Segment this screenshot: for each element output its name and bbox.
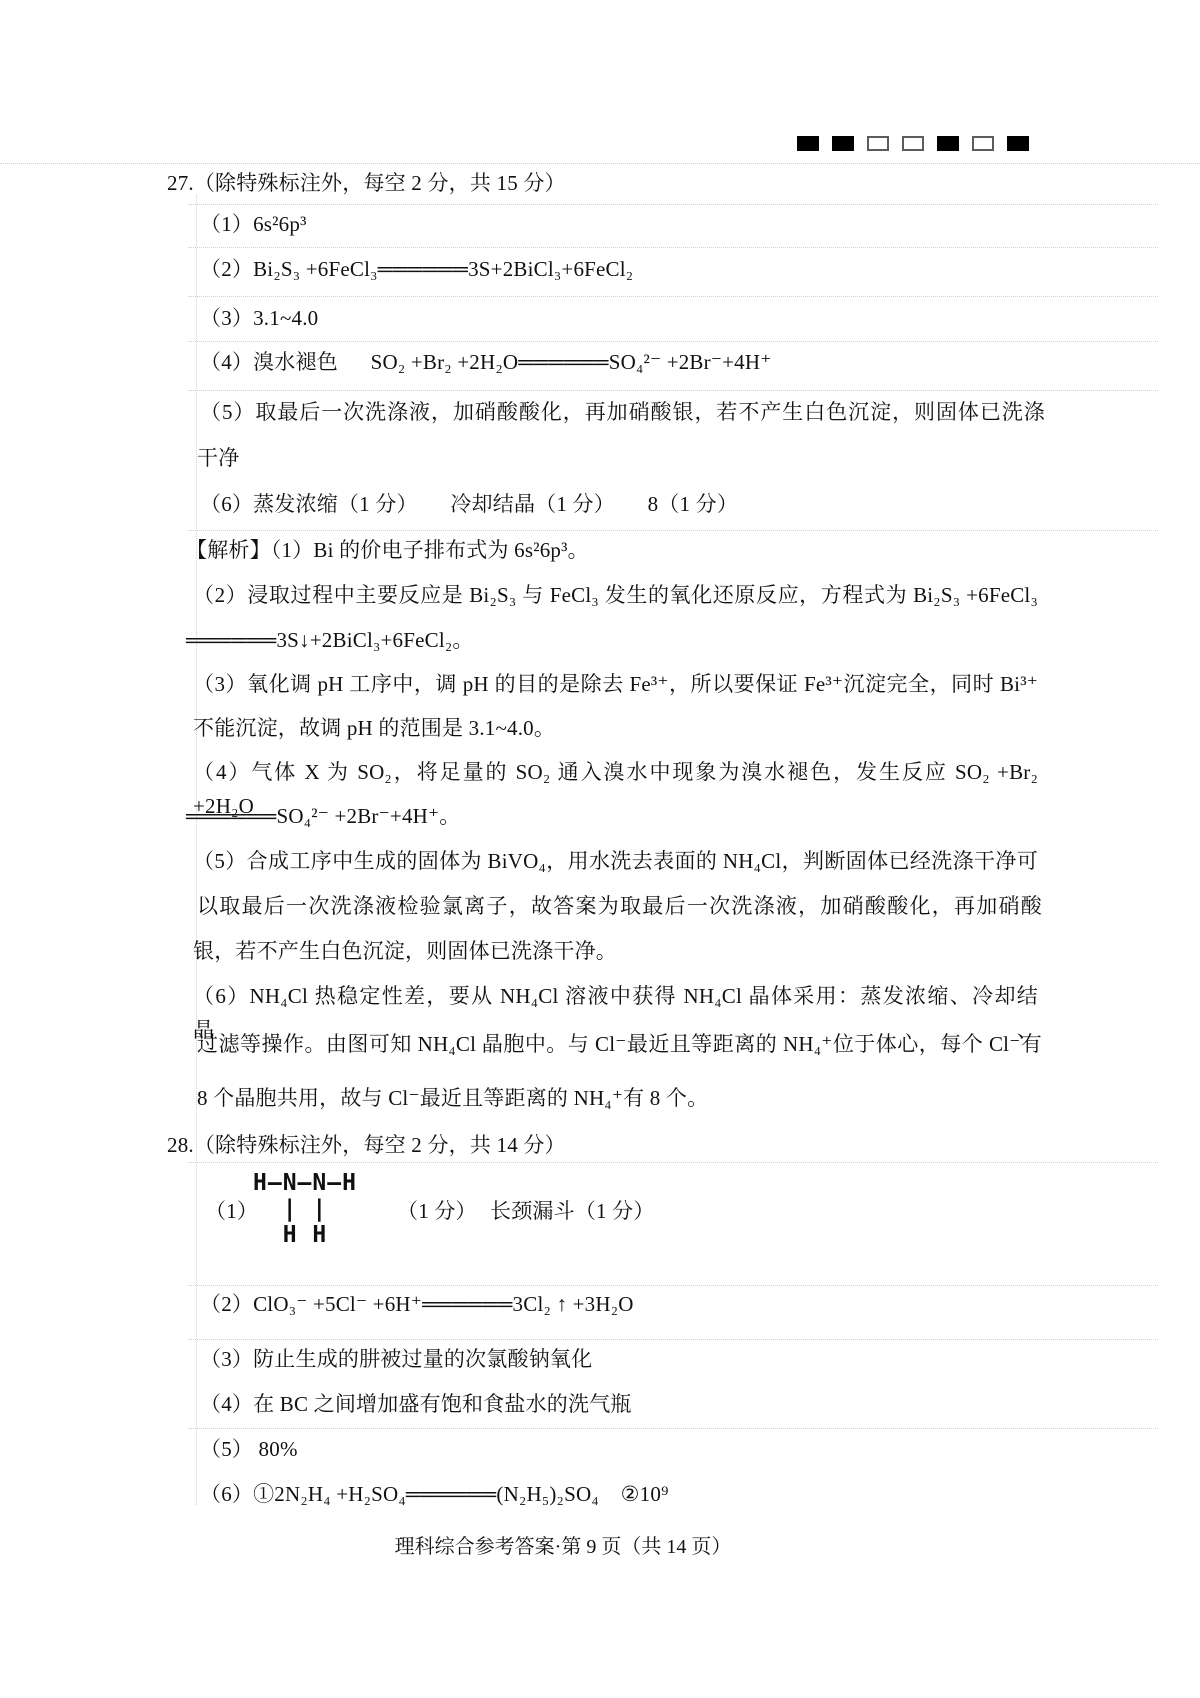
q28-answer-5: （5） 80% xyxy=(200,1432,298,1466)
dotted-rule xyxy=(0,163,1200,164)
q27-analysis-2-line2: ══════3S↓+2BiCl₃+6FeCl₂。 xyxy=(186,623,474,657)
dotted-rule xyxy=(188,390,1158,391)
mark-box xyxy=(797,136,819,151)
mark-box xyxy=(832,136,854,151)
q27-analysis-3-line1: （3）氧化调 pH 工序中，调 pH 的目的是除去 Fe³⁺，所以要保证 Fe³… xyxy=(193,667,1038,701)
corner-marks xyxy=(797,136,1042,151)
mark-box xyxy=(972,136,994,151)
q27-analysis-5-line3: 银，若不产生白色沉淀，则固体已洗涤干净。 xyxy=(193,934,617,968)
q28-answer-4: （4）在 BC 之间增加盛有饱和食盐水的洗气瓶 xyxy=(200,1387,632,1421)
q28-answer-1-label: （1） xyxy=(205,1194,258,1228)
q28-answer-6: （6）①2N₂H₄ +H₂SO₄══════(N₂H₅)₂SO₄ ②10⁹ xyxy=(200,1477,669,1511)
hydrazine-structural-formula: H—N—N—H | | H H xyxy=(253,1170,357,1248)
q28-title: 28.（除特殊标注外，每空 2 分，共 14 分） xyxy=(167,1128,566,1162)
dotted-rule xyxy=(188,296,1158,297)
q27-analysis-3-line2: 不能沉淀，故调 pH 的范围是 3.1~4.0。 xyxy=(193,711,555,745)
mark-box xyxy=(867,136,889,151)
q27-analysis-2-line1: （2）浸取过程中主要反应是 Bi₂S₃ 与 FeCl₃ 发生的氧化还原反应，方程… xyxy=(193,578,1038,612)
dotted-rule xyxy=(188,247,1158,248)
q27-analysis-4-line2: ══════SO₄²⁻ +2Br⁻+4H⁺。 xyxy=(186,799,461,833)
q27-analysis-1: 【解析】（1）Bi 的价电子排布式为 6s²6p³。 xyxy=(186,533,589,567)
q28-answer-1-part2: 长颈漏斗（1 分） xyxy=(490,1194,655,1228)
q27-analysis-5-line1: （5）合成工序中生成的固体为 BiVO₄，用水洗去表面的 NH₄Cl，判断固体已… xyxy=(193,844,1038,878)
mark-box xyxy=(1007,136,1029,151)
q27-analysis-6-line2: 过滤等操作。由图可知 NH₄Cl 晶胞中。与 Cl⁻最近且等距离的 NH₄⁺位于… xyxy=(197,1027,1042,1061)
q27-answer-2: （2）Bi₂S₃ +6FeCl₃══════3S+2BiCl₃+6FeCl₂ xyxy=(200,252,633,286)
dotted-rule xyxy=(188,204,1158,205)
q27-answer-4: （4）溴水褪色 SO₂ +Br₂ +2H₂O══════SO₄²⁻ +2Br⁻+… xyxy=(200,345,772,379)
page-footer: 理科综合参考答案·第 9 页（共 14 页） xyxy=(0,1530,1126,1559)
q27-analysis-5-line2: 以取最后一次洗涤液检验氯离子，故答案为取最后一次洗涤液，加硝酸酸化，再加硝酸 xyxy=(197,889,1042,923)
dotted-rule xyxy=(188,1339,1158,1340)
mark-box xyxy=(902,136,924,151)
q27-answer-5-line1: （5）取最后一次洗涤液，加硝酸酸化，再加硝酸银，若不产生白色沉淀，则固体已洗涤 xyxy=(200,395,1045,429)
answer-sheet-page: 27.（除特殊标注外，每空 2 分，共 15 分） （1）6s²6p³ （2）B… xyxy=(0,0,1200,1698)
dotted-rule xyxy=(188,1162,1158,1163)
q28-answer-1-score: （1 分） xyxy=(397,1194,477,1228)
dotted-rule xyxy=(188,341,1158,342)
mark-box xyxy=(937,136,959,151)
q27-answer-3: （3）3.1~4.0 xyxy=(200,301,318,335)
q28-answer-2: （2）ClO₃⁻ +5Cl⁻ +6H⁺══════3Cl₂ ↑ +3H₂O xyxy=(200,1287,634,1321)
dotted-rule xyxy=(188,530,1158,531)
q27-answer-5-line2: 干净 xyxy=(197,441,239,475)
q28-answer-3: （3）防止生成的肼被过量的次氯酸钠氧化 xyxy=(200,1342,592,1376)
dotted-rule xyxy=(188,1285,1158,1286)
q27-title: 27.（除特殊标注外，每空 2 分，共 15 分） xyxy=(167,166,566,200)
q27-analysis-6-line3: 8 个晶胞共用，故与 Cl⁻最近且等距离的 NH₄⁺有 8 个。 xyxy=(197,1081,708,1115)
q27-answer-6: （6）蒸发浓缩（1 分） 冷却结晶（1 分） 8（1 分） xyxy=(200,487,738,521)
q27-answer-1: （1）6s²6p³ xyxy=(200,207,307,241)
dotted-rule xyxy=(188,1428,1158,1429)
